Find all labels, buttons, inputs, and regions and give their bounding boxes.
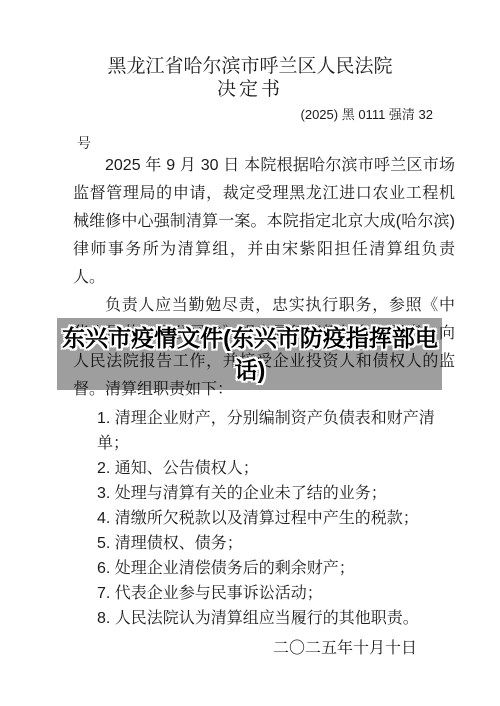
case-number: (2025) 黑 0111 强清 32 [301,107,433,123]
paragraph-ruling: 2025 年 9 月 30 日 本院根据哈尔滨市呼兰区市场监督管理局的申请，裁定… [73,152,455,292]
duty-item-5: 5. 清理债权、债务； [97,531,455,556]
document-title: 决定书 [0,79,500,101]
duty-item-7: 7. 代表企业参与民事诉讼活动； [97,581,455,606]
document-body: 2025 年 9 月 30 日 本院根据哈尔滨市呼兰区市场监督管理局的申请，裁定… [73,152,455,661]
document-page: 黑龙江省哈尔滨市呼兰区人民法院 决定书 (2025) 黑 0111 强清 32 … [0,0,500,706]
court-name: 黑龙江省哈尔滨市呼兰区人民法院 [0,56,500,78]
watermark-title: 东兴市疫情文件(东兴市防疫指挥部电话) [54,317,446,390]
duty-item-1: 1. 清理企业财产，分别编制资产负债表和财产清单； [97,406,455,456]
case-number-suffix: 号 [77,135,91,152]
duty-item-6: 6. 处理企业清偿债务后的剩余财产； [97,556,455,581]
duties-list: 1. 清理企业财产，分别编制资产负债表和财产清单； 2. 通知、公告债权人； 3… [73,406,455,631]
duty-item-3: 3. 处理与清算有关的企业未了结的业务； [97,481,455,506]
duty-item-8: 8. 人民法院认为清算组应当履行的其他职责。 [97,606,455,631]
duty-item-2: 2. 通知、公告债权人； [97,456,455,481]
duty-item-4: 4. 清缴所欠税款以及清算过程中产生的税款； [97,506,455,531]
document-date: 二〇二五年十月十日 [73,636,455,661]
